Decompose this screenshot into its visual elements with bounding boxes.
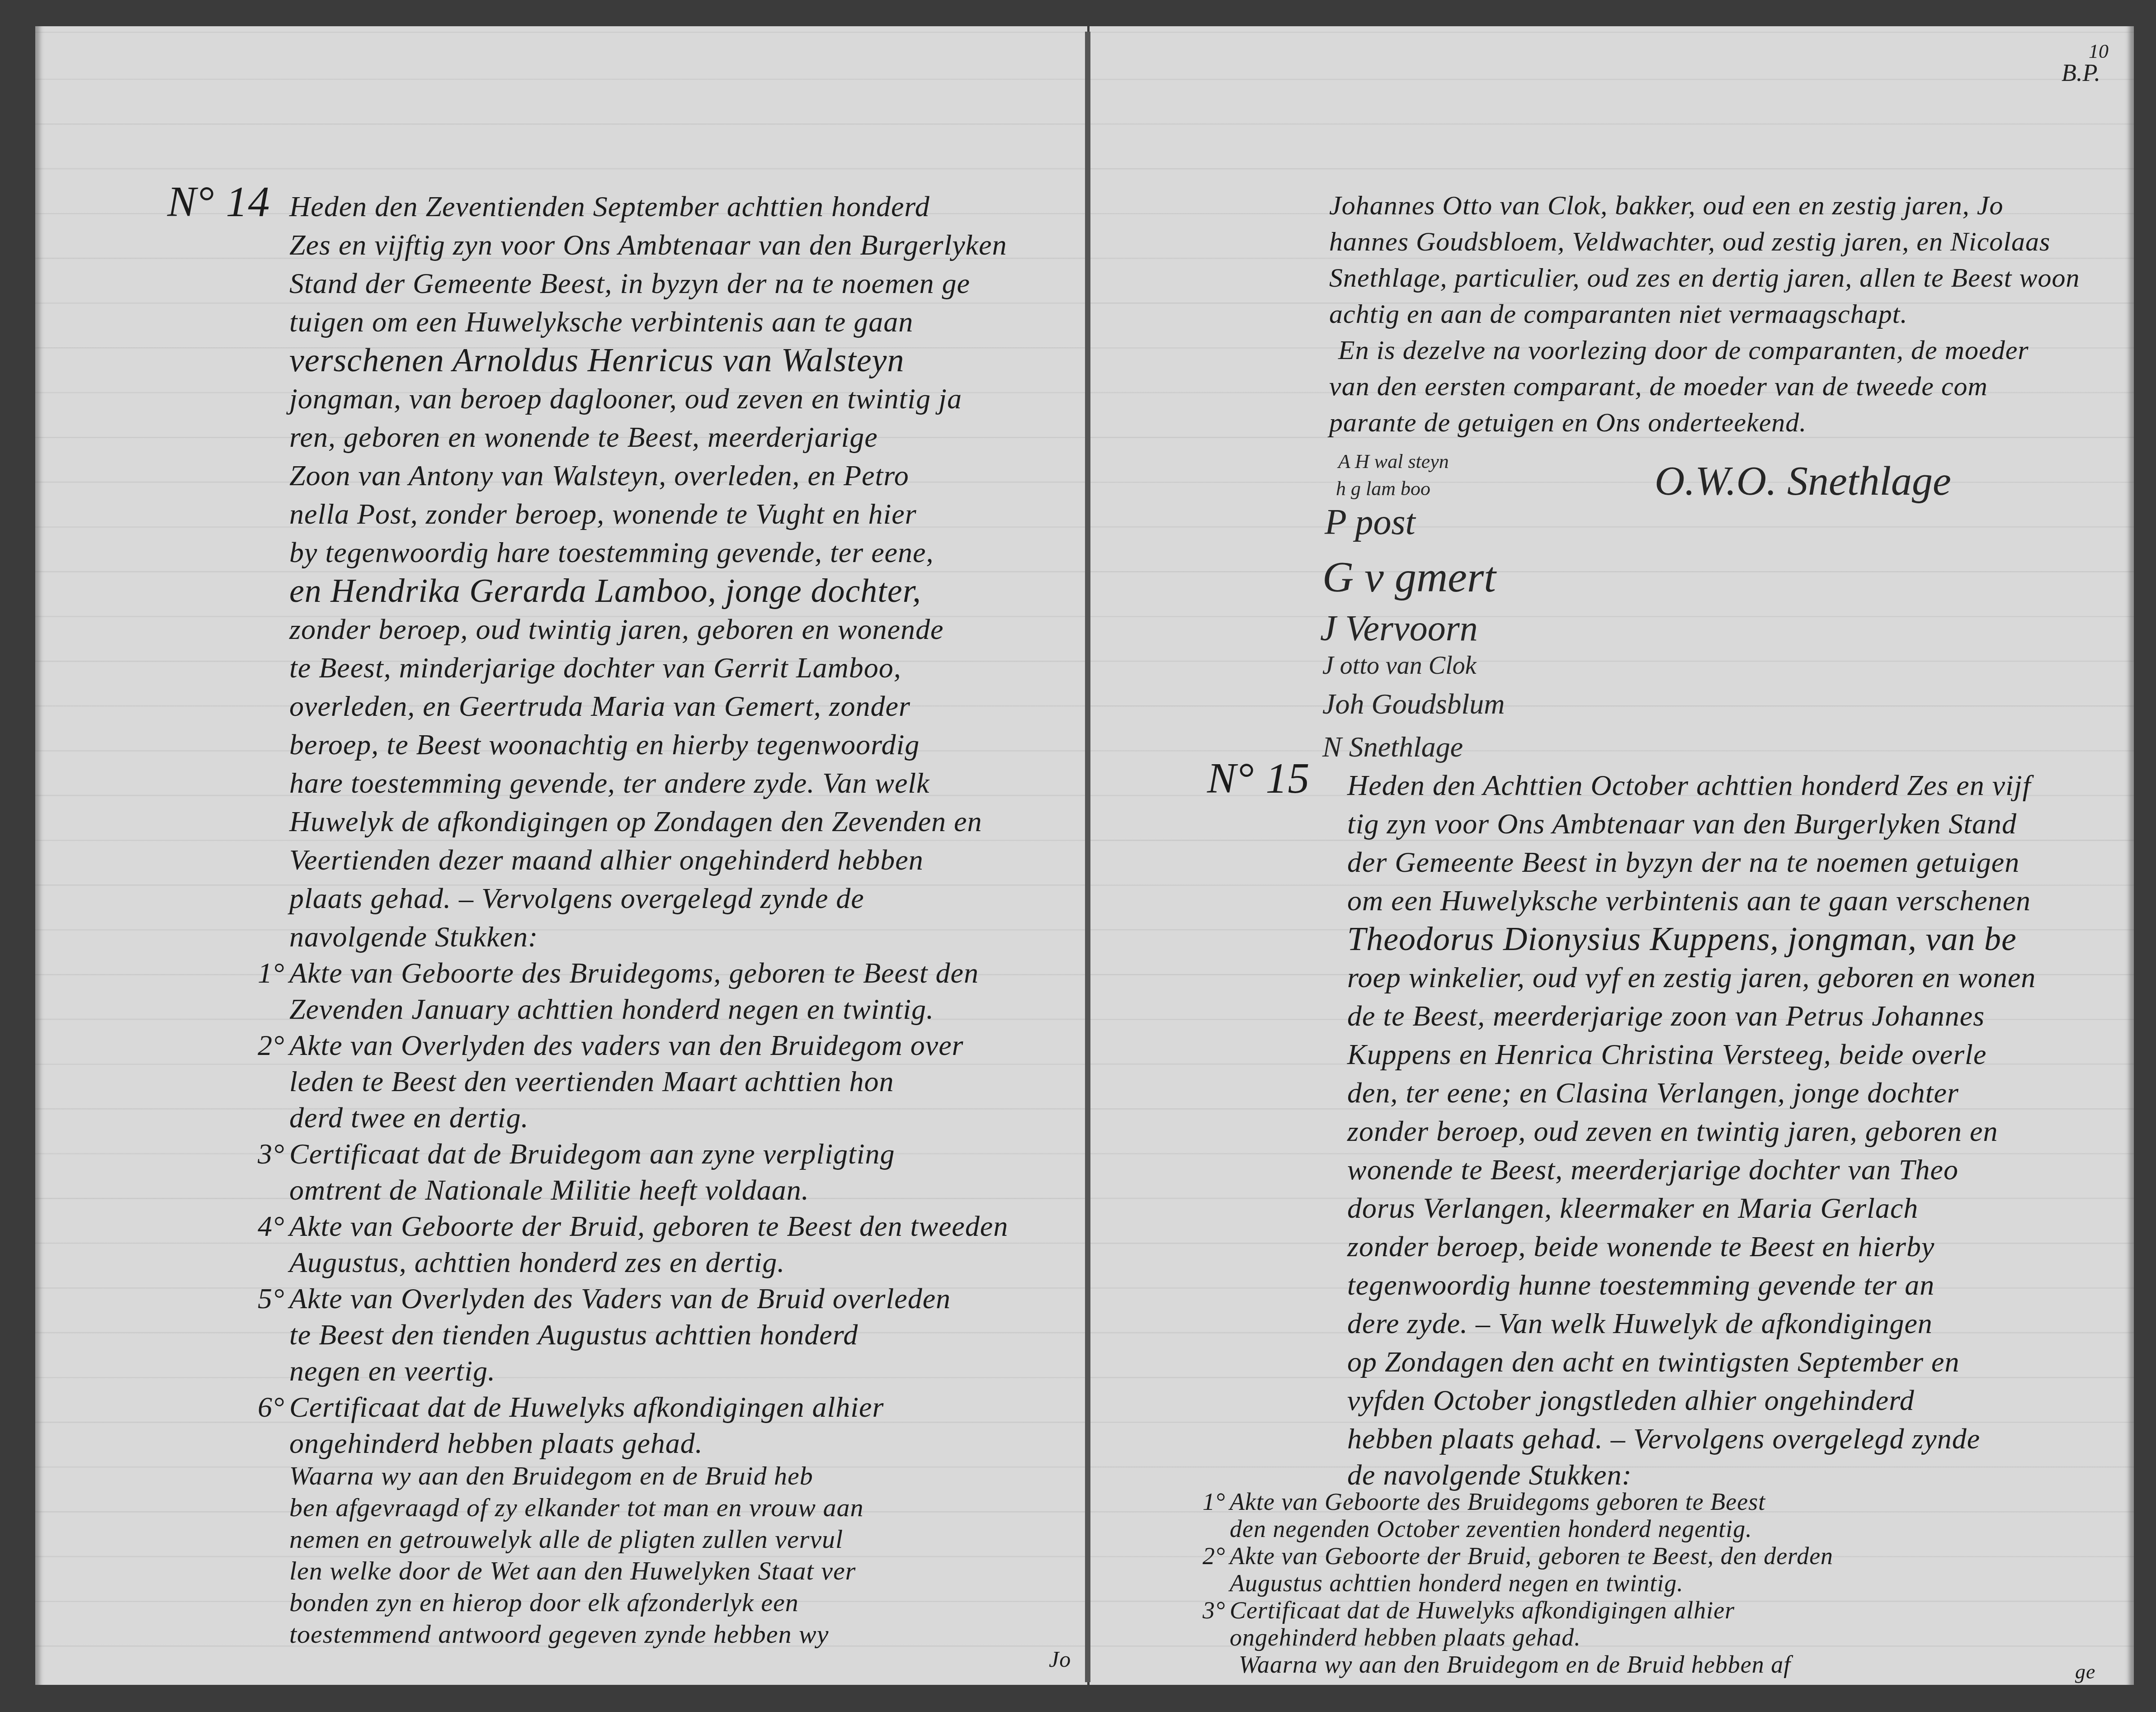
- doc-line: negen en veertig.: [289, 1354, 495, 1388]
- doc-line: Akte van Overlyden des vaders van den Br…: [289, 1029, 964, 1062]
- text-line: zonder beroep, oud zeven en twintig jare…: [1347, 1115, 1998, 1148]
- text-line: len welke door de Wet aan den Huwelyken …: [289, 1556, 856, 1586]
- signature-official: O.W.O. Snethlage: [1655, 457, 1951, 505]
- doc-line: Akte van Geboorte der Bruid, geboren te …: [289, 1210, 1008, 1243]
- doc-line: ongehinderd hebben plaats gehad.: [289, 1427, 703, 1460]
- text-line: op Zondagen den acht en twintigsten Sept…: [1347, 1345, 1959, 1379]
- text-line: wonende te Beest, meerderjarige dochter …: [1347, 1153, 1958, 1187]
- signature-mother-bride: G v gmert: [1322, 552, 1496, 602]
- doc-line: omtrent de Nationale Militie heeft volda…: [289, 1173, 809, 1207]
- text-line: Zes en vijftig zyn voor Ons Ambtenaar va…: [289, 228, 1007, 262]
- text-line: zonder beroep, oud twintig jaren, gebore…: [289, 613, 944, 646]
- doc-line: Zevenden January achttien honderd negen …: [289, 993, 934, 1026]
- text-line: Kuppens en Henrica Christina Versteeg, b…: [1347, 1038, 1986, 1071]
- signature-mother-groom: P post: [1325, 502, 1415, 543]
- text-line: dere zyde. – Van welk Huwelyk de afkondi…: [1347, 1307, 1933, 1340]
- text-line: om een Huwelyksche verbintenis aan te ga…: [1347, 884, 2031, 917]
- text-line: hannes Goudsbloem, Veldwachter, oud zest…: [1329, 226, 2050, 257]
- text-line: Heden den Achttien October achttien hond…: [1347, 769, 2031, 802]
- signature-witness-2: J otto van Clok: [1322, 651, 1477, 680]
- doc-number: 6°: [258, 1390, 285, 1424]
- doc-line: Akte van Overlyden des Vaders van de Bru…: [289, 1282, 951, 1315]
- text-line: En is dezelve na voorlezing door de comp…: [1338, 335, 2029, 366]
- entry-number-15: N° 15: [1207, 753, 1310, 803]
- text-line: Waarna wy aan den Bruidegom en de Bruid …: [289, 1461, 813, 1491]
- text-line: beroep, te Beest woonachtig en hierby te…: [289, 728, 920, 761]
- text-line: te Beest, minderjarige dochter van Gerri…: [289, 651, 901, 685]
- doc-number: 1°: [258, 956, 285, 990]
- text-line: plaats gehad. – Vervolgens overgelegd zy…: [289, 882, 864, 915]
- text-line: bonden zyn en hierop door elk afzonderly…: [289, 1587, 799, 1617]
- doc-line: Certificaat dat de Huwelyks afkondiginge…: [289, 1390, 884, 1424]
- text-line: tuigen om een Huwelyksche verbintenis aa…: [289, 305, 913, 339]
- doc-line: den negenden October zeventien honderd n…: [1230, 1515, 1752, 1543]
- text-line: achtig en aan de comparanten niet vermaa…: [1329, 298, 1907, 330]
- text-line: Waarna wy aan den Bruidegom en de Bruid …: [1239, 1651, 1791, 1679]
- text-line: nella Post, zonder beroep, wonende te Vu…: [289, 497, 917, 531]
- text-line: de te Beest, meerderjarige zoon van Petr…: [1347, 999, 1985, 1033]
- doc-number: 2°: [1203, 1542, 1226, 1570]
- doc-line: Akte van Geboorte des Bruidegoms geboren…: [1230, 1488, 1765, 1516]
- signature-bride: h g lam boo: [1336, 477, 1430, 500]
- signature-witness-3: Joh Goudsblum: [1322, 687, 1505, 721]
- text-line: overleden, en Geertruda Maria van Gemert…: [289, 690, 911, 723]
- doc-number: 2°: [258, 1029, 285, 1062]
- doc-line: ongehinderd hebben plaats gehad.: [1230, 1623, 1581, 1651]
- text-line: dorus Verlangen, kleermaker en Maria Ger…: [1347, 1192, 1918, 1225]
- entry-number-14: N° 14: [167, 176, 270, 227]
- text-line: Snethlage, particulier, oud zes en derti…: [1329, 262, 2080, 293]
- folio-initials: B.P.: [2062, 59, 2100, 87]
- text-line: Johannes Otto van Clok, bakker, oud een …: [1329, 190, 2003, 221]
- signature-groom: A H wal steyn: [1338, 450, 1449, 473]
- doc-line: Augustus, achttien honderd zes en dertig…: [289, 1246, 785, 1279]
- doc-line: leden te Beest den veertienden Maart ach…: [289, 1065, 894, 1098]
- text-line: ren, geboren en wonende te Beest, meerde…: [289, 421, 878, 454]
- text-line: zonder beroep, beide wonende te Beest en…: [1347, 1230, 1934, 1263]
- doc-number: 3°: [258, 1137, 285, 1171]
- signature-witness-1: J Vervoorn: [1320, 608, 1478, 649]
- text-line: tegenwoordig hunne toestemming gevende t…: [1347, 1268, 1934, 1302]
- text-line: van den eersten comparant, de moeder van…: [1329, 371, 1988, 402]
- groom-name-line: Theodorus Dionysius Kuppens, jongman, va…: [1347, 920, 2017, 959]
- doc-line: Certificaat dat de Bruidegom aan zyne ve…: [289, 1137, 895, 1171]
- text-line: ben afgevraagd of zy elkander tot man en…: [289, 1492, 863, 1523]
- groom-name-line: verschenen Arnoldus Henricus van Walstey…: [289, 341, 904, 380]
- doc-number: 1°: [1203, 1488, 1226, 1516]
- text-line: jongman, van beroep daglooner, oud zeven…: [289, 382, 962, 416]
- text-line: Stand der Gemeente Beest, in byzyn der n…: [289, 267, 970, 300]
- doc-number: 5°: [258, 1282, 285, 1315]
- text-line: Heden den Zeventienden September achttie…: [289, 190, 930, 223]
- text-line: nemen en getrouwelyk alle de pligten zul…: [289, 1524, 843, 1554]
- text-line: toestemmend antwoord gegeven zynde hebbe…: [289, 1619, 829, 1649]
- text-line: roep winkelier, oud vyf en zestig jaren,…: [1347, 961, 2036, 994]
- text-line: by tegenwoordig hare toestemming gevende…: [289, 536, 934, 569]
- doc-number: 4°: [258, 1210, 285, 1243]
- text-line: Veertienden dezer maand alhier ongehinde…: [289, 843, 924, 877]
- left-catchword: Jo: [1049, 1646, 1071, 1672]
- text-line: Huwelyk de afkondigingen op Zondagen den…: [289, 805, 982, 838]
- bride-name-line: en Hendrika Gerarda Lamboo, jonge dochte…: [289, 572, 921, 610]
- text-line: vyfden October jongstleden alhier ongehi…: [1347, 1384, 1915, 1417]
- text-line: de navolgende Stukken:: [1347, 1458, 1632, 1492]
- text-line: Zoon van Antony van Walsteyn, overleden,…: [289, 459, 909, 492]
- doc-line: derd twee en dertig.: [289, 1101, 529, 1135]
- book-gutter: [1085, 32, 1090, 1682]
- text-line: hare toestemming gevende, ter andere zyd…: [289, 766, 930, 800]
- doc-line: Certificaat dat de Huwelyks afkondiginge…: [1230, 1596, 1735, 1624]
- text-line: tig zyn voor Ons Ambtenaar van den Burge…: [1347, 807, 2017, 841]
- doc-line: Akte van Geboorte der Bruid, geboren te …: [1230, 1542, 1833, 1570]
- text-line: hebben plaats gehad. – Vervolgens overge…: [1347, 1422, 1980, 1456]
- text-line: der Gemeente Beest in byzyn der na te no…: [1347, 846, 2019, 879]
- doc-line: Akte van Geboorte des Bruidegoms, gebore…: [289, 956, 979, 990]
- right-catchword: ge: [2075, 1660, 2095, 1684]
- doc-number: 3°: [1203, 1596, 1226, 1624]
- signature-witness-4: N Snethlage: [1322, 730, 1463, 764]
- text-line: navolgende Stukken:: [289, 920, 538, 954]
- bride-name-line: den, ter eene; en Clasina Verlangen, jon…: [1347, 1076, 1959, 1110]
- text-line: parante de getuigen en Ons onderteekend.: [1329, 407, 1807, 438]
- doc-line: te Beest den tienden Augustus achttien h…: [289, 1318, 858, 1352]
- doc-line: Augustus achttien honderd negen en twint…: [1230, 1569, 1684, 1597]
